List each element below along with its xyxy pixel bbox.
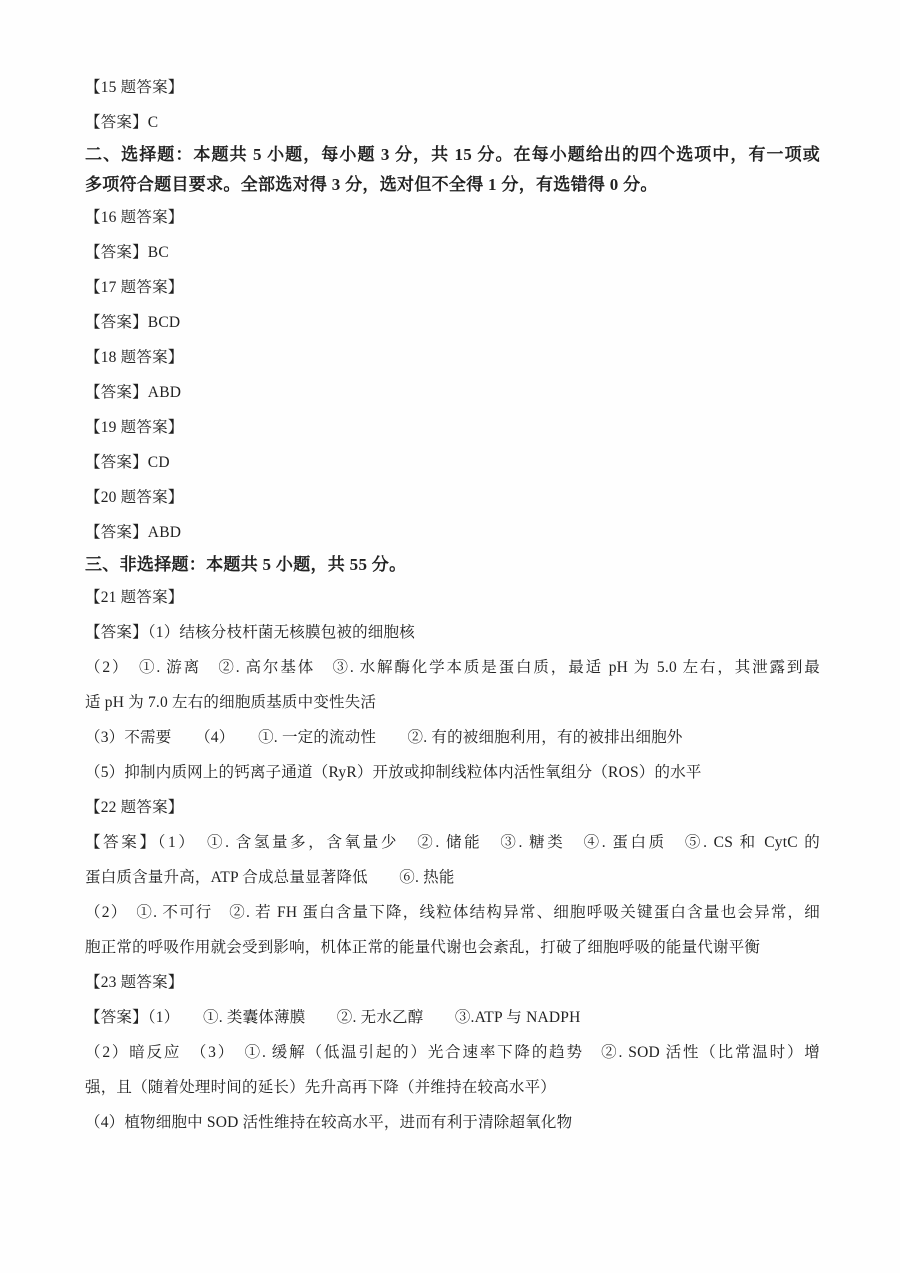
question-15-label: 【15 题答案】 xyxy=(85,70,820,105)
question-17-label: 【17 题答案】 xyxy=(85,270,820,305)
answer-22-line-4: 胞正常的呼吸作用就会受到影响，机体正常的能量代谢也会紊乱，打破了细胞呼吸的能量代… xyxy=(85,930,820,965)
question-19-label: 【19 题答案】 xyxy=(85,410,820,445)
answer-21-line-3: 适 pH 为 7.0 左右的细胞质基质中变性失活 xyxy=(85,685,820,720)
question-16-label: 【16 题答案】 xyxy=(85,200,820,235)
question-18-label: 【18 题答案】 xyxy=(85,340,820,375)
answer-21-line-2: （2） ①. 游离 ②. 高尔基体 ③. 水解酶化学本质是蛋白质，最适 pH 为… xyxy=(85,650,820,685)
answer-20: 【答案】ABD xyxy=(85,515,820,550)
question-23-label: 【23 题答案】 xyxy=(85,965,820,1000)
answer-17: 【答案】BCD xyxy=(85,305,820,340)
answer-21-line-1: 【答案】（1）结核分枝杆菌无核膜包被的细胞核 xyxy=(85,615,820,650)
section-3-heading: 三、非选择题：本题共 5 小题，共 55 分。 xyxy=(85,550,820,580)
answer-22-line-3: （2） ①. 不可行 ②. 若 FH 蛋白含量下降，线粒体结构异常、细胞呼吸关键… xyxy=(85,895,820,930)
answer-15: 【答案】C xyxy=(85,105,820,140)
answer-23-line-3: 强，且（随着处理时间的延长）先升高再下降（并维持在较高水平） xyxy=(85,1070,820,1105)
section-2-heading-line-2: 多项符合题目要求。全部选对得 3 分，选对但不全得 1 分，有选错得 0 分。 xyxy=(85,170,820,200)
document-page: 【15 题答案】【答案】C二、选择题：本题共 5 小题，每小题 3 分，共 15… xyxy=(0,0,900,1273)
answer-23-line-2: （2）暗反应 （3） ①. 缓解（低温引起的）光合速率下降的趋势 ②. SOD … xyxy=(85,1035,820,1070)
question-21-label: 【21 题答案】 xyxy=(85,580,820,615)
answer-16: 【答案】BC xyxy=(85,235,820,270)
section-2-heading-line-1: 二、选择题：本题共 5 小题，每小题 3 分，共 15 分。在每小题给出的四个选… xyxy=(85,140,820,170)
answer-21-line-5: （5）抑制内质网上的钙离子通道（RyR）开放或抑制线粒体内活性氧组分（ROS）的… xyxy=(85,755,820,790)
question-20-label: 【20 题答案】 xyxy=(85,480,820,515)
answer-23-line-4: （4）植物细胞中 SOD 活性维持在较高水平，进而有利于清除超氧化物 xyxy=(85,1105,820,1140)
answer-19: 【答案】CD xyxy=(85,445,820,480)
answer-22-line-2: 蛋白质含量升高，ATP 合成总量显著降低 ⑥. 热能 xyxy=(85,860,820,895)
answer-23-line-1: 【答案】（1） ①. 类囊体薄膜 ②. 无水乙醇 ③.ATP 与 NADPH xyxy=(85,1000,820,1035)
question-22-label: 【22 题答案】 xyxy=(85,790,820,825)
answer-21-line-4: （3）不需要 （4） ①. 一定的流动性 ②. 有的被细胞利用，有的被排出细胞外 xyxy=(85,720,820,755)
answer-22-line-1: 【答案】（1） ①. 含氢量多，含氧量少 ②. 储能 ③. 糖类 ④. 蛋白质 … xyxy=(85,825,820,860)
answer-18: 【答案】ABD xyxy=(85,375,820,410)
